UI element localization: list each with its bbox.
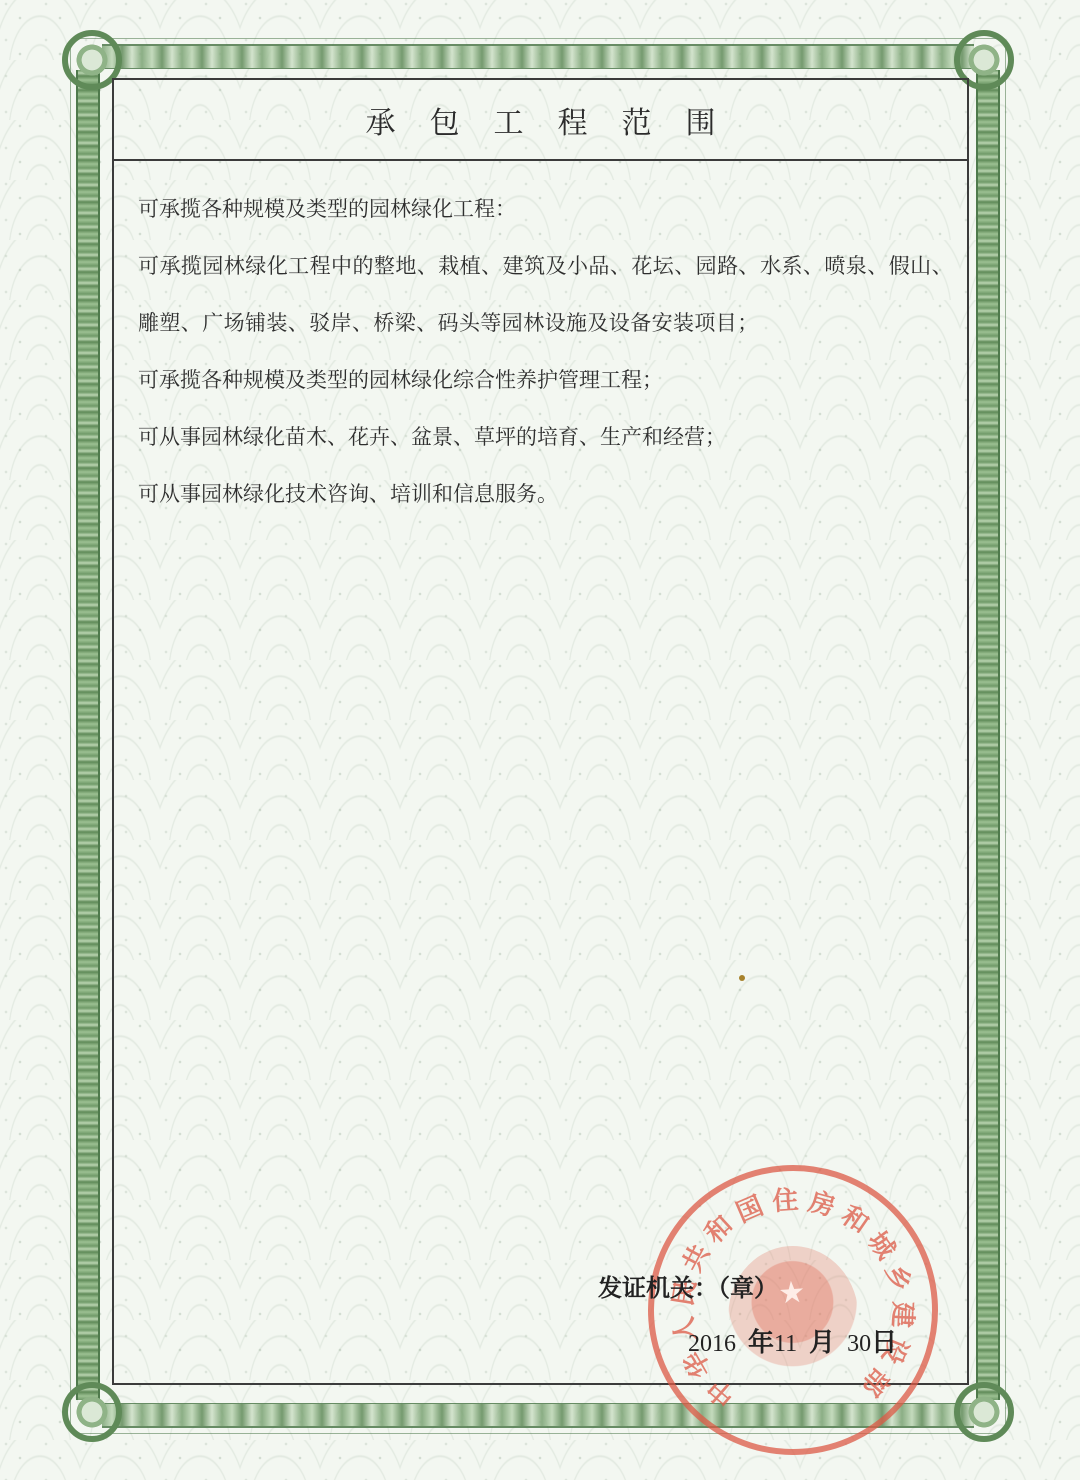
- issue-day: 30: [847, 1331, 871, 1357]
- paper-speck: [739, 975, 745, 981]
- scope-paragraph: 可承揽各种规模及类型的园林绿化工程：: [138, 181, 953, 238]
- scope-paragraph: 可从事园林绿化技术咨询、培训和信息服务。: [138, 466, 953, 523]
- seal-character: 乡: [884, 1258, 921, 1295]
- seal-character: 部: [859, 1364, 901, 1406]
- scope-paragraph: 可从事园林绿化苗木、花卉、盆景、草坪的培育、生产和经营；: [138, 409, 953, 466]
- border-band-right: [976, 70, 1000, 1400]
- corner-scroll-ornament-icon: [62, 1382, 122, 1442]
- seal-character: 城: [865, 1221, 907, 1263]
- page-title: 承包工程范围: [332, 98, 750, 142]
- official-seal: ★ 中华人民共和国住房和城乡建设部: [638, 1155, 948, 1465]
- month-unit: 月: [809, 1328, 835, 1358]
- seal-character: 和: [837, 1194, 879, 1236]
- border-band-left: [76, 70, 100, 1400]
- seal-character: 住: [769, 1179, 801, 1211]
- seal-text: 中华人民共和国住房和城乡建设部: [645, 1162, 942, 1459]
- seal-character: 中: [696, 1376, 738, 1418]
- year-unit: 年: [748, 1328, 774, 1358]
- day-unit: 日: [871, 1328, 897, 1358]
- seal-character: 国: [728, 1185, 767, 1224]
- border-band-top: [102, 44, 974, 69]
- corner-scroll-ornament-icon: [954, 1382, 1014, 1442]
- scope-paragraph: 可承揽各种规模及类型的园林绿化综合性养护管理工程；: [138, 352, 953, 409]
- seal-character: 和: [694, 1204, 736, 1246]
- seal-character: 房: [805, 1181, 842, 1218]
- title-row: 承包工程范围: [114, 80, 967, 161]
- issue-year: 2016: [688, 1331, 736, 1357]
- issuer-label: 发证机关：（章）: [598, 1268, 778, 1303]
- issue-month: 11: [774, 1331, 797, 1357]
- scope-content: 可承揽各种规模及类型的园林绿化工程： 可承揽园林绿化工程中的整地、栽植、建筑及小…: [114, 161, 967, 523]
- issue-date: 2016 年11 月 30日: [688, 1322, 897, 1359]
- scope-paragraph: 可承揽园林绿化工程中的整地、栽植、建筑及小品、花坛、园路、水系、喷泉、假山、雕塑…: [138, 238, 953, 352]
